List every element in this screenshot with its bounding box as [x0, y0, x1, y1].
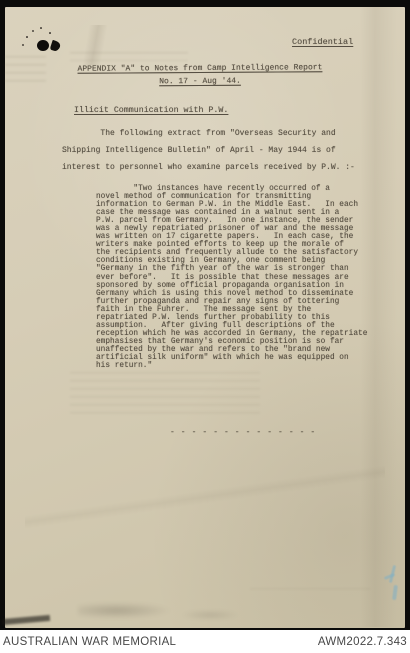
archive-name: AUSTRALIAN WAR MEMORIAL [3, 636, 176, 648]
scan-viewport: Confidential APPENDIX "A" to Notes from … [0, 0, 410, 653]
catalog-number: AWM2022.7.343 [318, 636, 407, 648]
appendix-heading-line2: No. 17 - Aug '44. [62, 75, 338, 89]
paper-crease [25, 437, 385, 557]
appendix-heading: APPENDIX "A" to Notes from Camp Intellig… [62, 62, 338, 89]
intro-paragraph: The following extract from "Overseas Sec… [62, 125, 355, 176]
quoted-extract: "Two instances have recently occurred of… [96, 185, 367, 370]
archive-footer: AUSTRALIAN WAR MEMORIAL AWM2022.7.343 [0, 630, 410, 653]
paper-crease [5, 25, 185, 65]
classification-stamp: Confidential [292, 37, 353, 47]
dashed-separator: - - - - - - - - - - - - - - [170, 428, 316, 437]
section-title: Illicit Communication with P.W. [74, 106, 228, 115]
appendix-heading-line1: APPENDIX "A" to Notes from Camp Intellig… [62, 62, 338, 76]
